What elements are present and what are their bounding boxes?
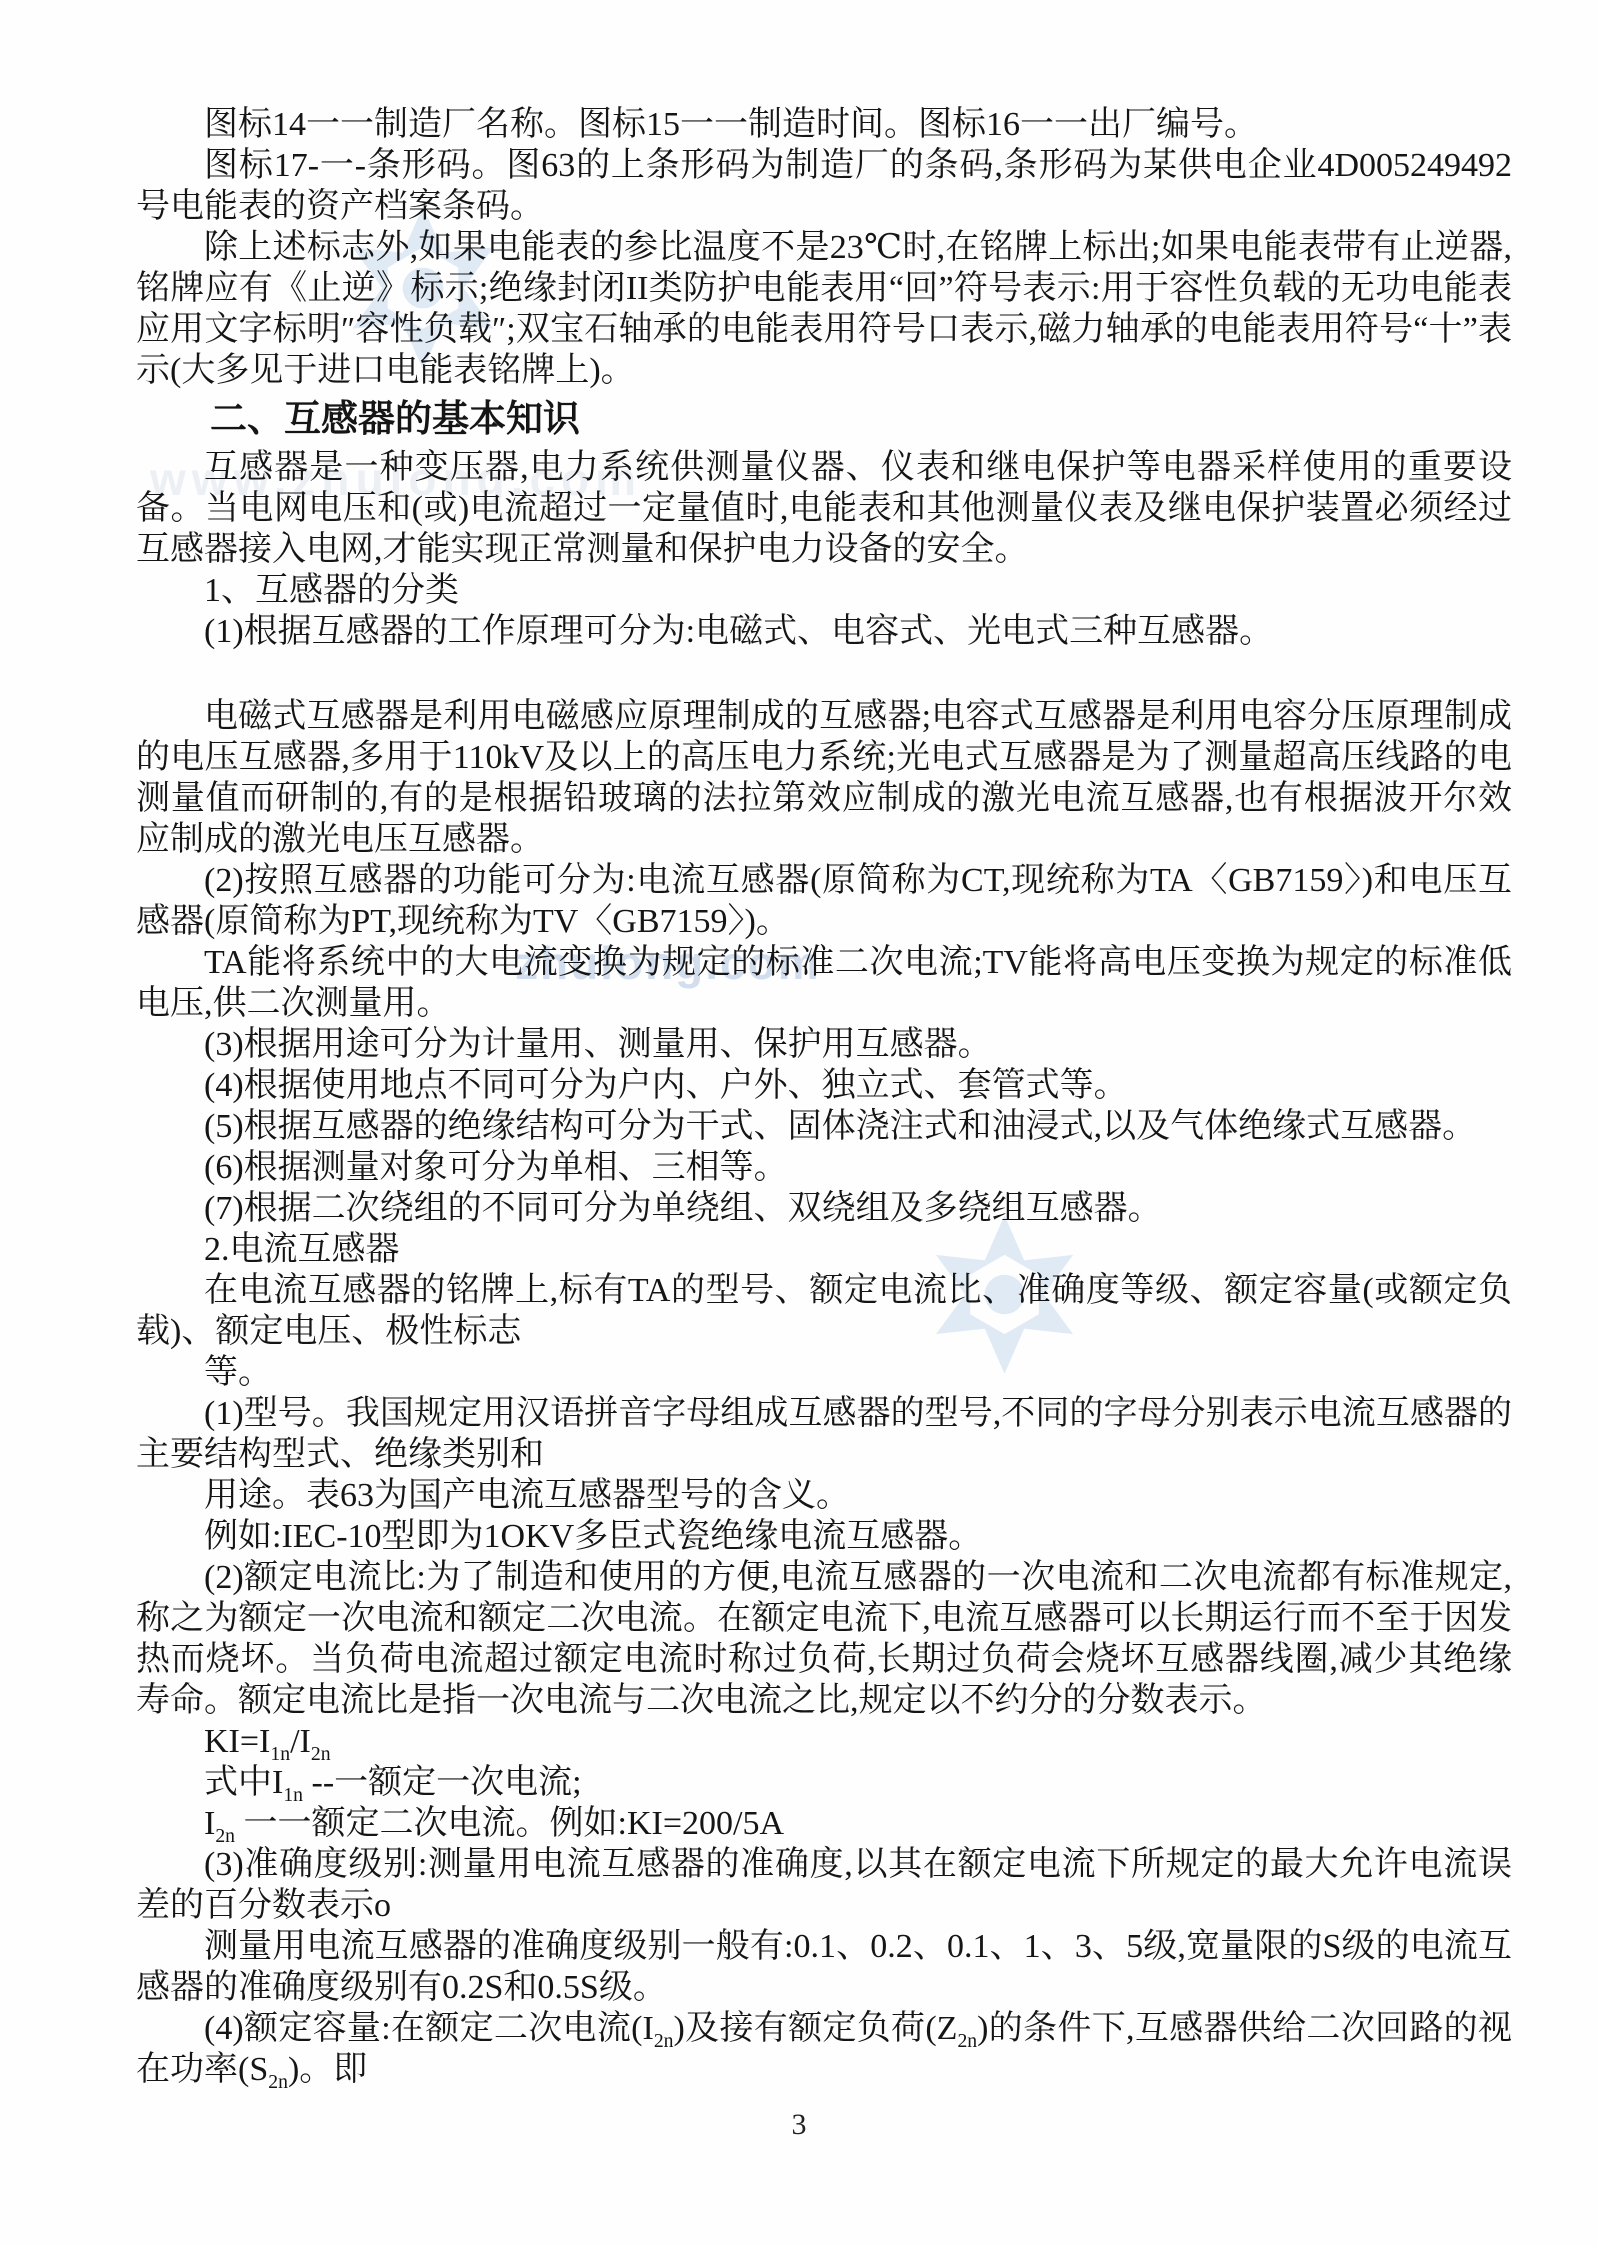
paragraph: (2)按照互感器的功能可分为:电流互感器(原简称为CT,现统称为TA〈GB715… xyxy=(136,860,1512,942)
paragraph: (6)根据测量对象可分为单相、三相等。 xyxy=(136,1147,1512,1188)
paragraph: 在电流互感器的铭牌上,标有TA的型号、额定电流比、准确度等级、额定容量(或额定负… xyxy=(136,1270,1512,1352)
paragraph: (5)根据互感器的绝缘结构可分为干式、固体浇注式和油浸式,以及气体绝缘式互感器。 xyxy=(136,1106,1512,1147)
section-heading: 二、互感器的基本知识 xyxy=(136,391,1512,447)
paragraph: (2)额定电流比:为了制造和使用的方便,电流互感器的一次电流和二次电流都有标准规… xyxy=(136,1557,1512,1721)
paragraph: 例如:IEC-10型即为1OKV多臣式瓷绝缘电流互感器。 xyxy=(136,1516,1512,1557)
paragraph: 图标17-一-条形码。图63的上条形码为制造厂的条码,条形码为某供电企业4D00… xyxy=(136,145,1512,227)
paragraph: 电磁式互感器是利用电磁感应原理制成的互感器;电容式互感器是利用电容分压原理制成的… xyxy=(136,696,1512,860)
document-page: zhulong.com www.zhulong.com 图标14一一制造厂名称。… xyxy=(0,0,1598,2246)
paragraph: (7)根据二次绕组的不同可分为单绕组、双绕组及多绕组互感器。 xyxy=(136,1188,1512,1229)
document-body: 图标14一一制造厂名称。图标15一一制造时间。图标16一一出厂编号。图标17-一… xyxy=(136,104,1512,2090)
paragraph: 用途。表63为国产电流互感器型号的含义。 xyxy=(136,1475,1512,1516)
paragraph: TA能将系统中的大电流变换为规定的标准二次电流;TV能将高电压变换为规定的标准低… xyxy=(136,942,1512,1024)
paragraph: 除上述标志外,如果电能表的参比温度不是23℃时,在铭牌上标出;如果电能表带有止逆… xyxy=(136,227,1512,391)
paragraph: (3)准确度级别:测量用电流互感器的准确度,以其在额定电流下所规定的最大允许电流… xyxy=(136,1844,1512,1926)
paragraph: (1)型号。我国规定用汉语拼音字母组成互感器的型号,不同的字母分别表示电流互感器… xyxy=(136,1393,1512,1475)
paragraph: 图标14一一制造厂名称。图标15一一制造时间。图标16一一出厂编号。 xyxy=(136,104,1512,145)
paragraph: 互感器是一种变压器,电力系统供测量仪器、仪表和继电保护等电器采样使用的重要设备。… xyxy=(136,447,1512,570)
paragraph: KI=I1n/I2n xyxy=(136,1721,1512,1762)
paragraph: 2.电流互感器 xyxy=(136,1229,1512,1270)
paragraph: (4)额定容量:在额定二次电流(I2n)及接有额定负荷(Z2n)的条件下,互感器… xyxy=(136,2008,1512,2090)
paragraph: (4)根据使用地点不同可分为户内、户外、独立式、套管式等。 xyxy=(136,1065,1512,1106)
page-number: 3 xyxy=(0,2108,1598,2142)
paragraph: (1)根据互感器的工作原理可分为:电磁式、电容式、光电式三种互感器。 xyxy=(136,611,1512,652)
paragraph: I2n 一一额定二次电流。例如:KI=200/5A xyxy=(136,1803,1512,1844)
paragraph: 测量用电流互感器的准确度级别一般有:0.1、0.2、0.1、1、3、5级,宽量限… xyxy=(136,1926,1512,2008)
paragraph: 等。 xyxy=(136,1352,1512,1393)
paragraph: 式中I1n --一额定一次电流; xyxy=(136,1762,1512,1803)
paragraph: (3)根据用途可分为计量用、测量用、保护用互感器。 xyxy=(136,1024,1512,1065)
paragraph: 1、互感器的分类 xyxy=(136,570,1512,611)
